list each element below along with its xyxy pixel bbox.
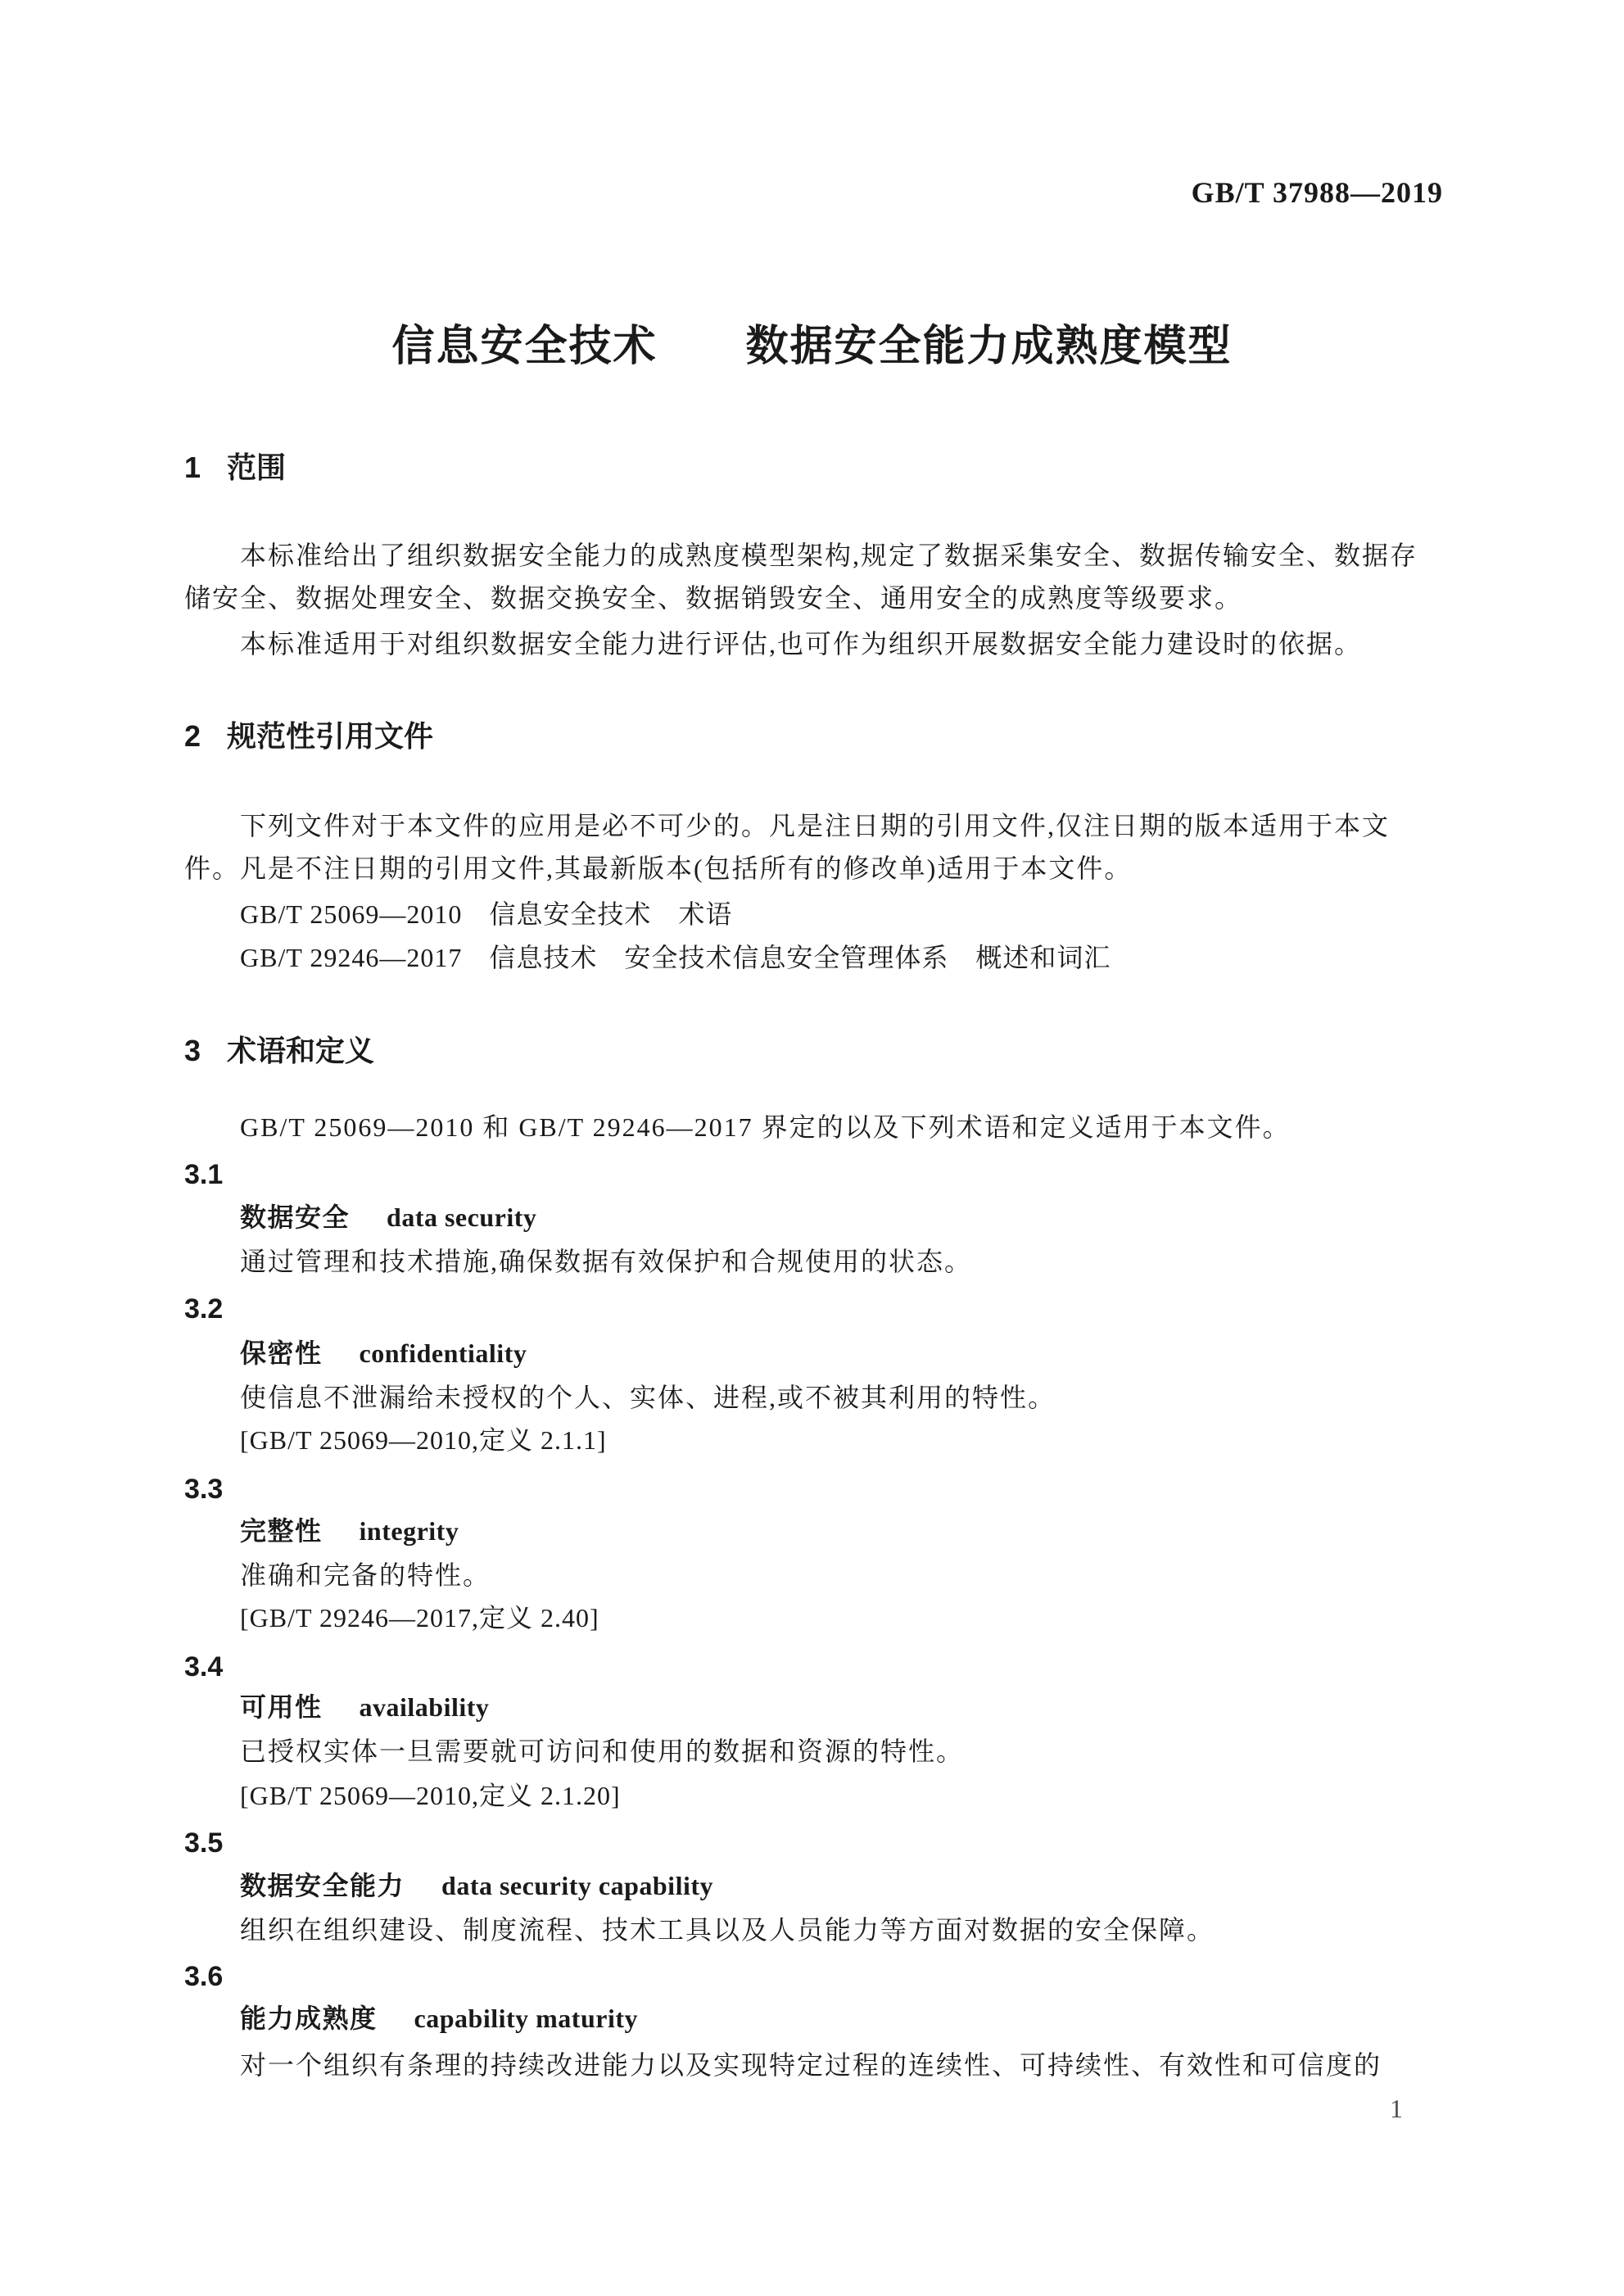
term-en-3-2: confidentiality xyxy=(360,1338,527,1368)
term-source-3-2: [GB/T 25069—2010,定义 2.1.1] xyxy=(240,1425,607,1456)
terms-intro-paragraph: GB/T 25069—2010 和 GB/T 29246—2017 界定的以及下… xyxy=(240,1112,1291,1143)
term-definition-3-2: 使信息不泄漏给未授权的个人、实体、进程,或不被其利用的特性。 xyxy=(240,1383,1056,1413)
term-entry-3-4: 可用性availability xyxy=(240,1694,489,1720)
section-1-title: 范围 xyxy=(227,451,286,484)
document-title: 信息安全技术 数据安全能力成熟度模型 xyxy=(0,311,1624,373)
term-cn-3-3: 完整性 xyxy=(240,1516,323,1546)
section-2-number: 2 xyxy=(184,722,227,751)
document-page: GB/T 37988—2019 信息安全技术 数据安全能力成熟度模型 1范围 本… xyxy=(0,0,1624,2296)
term-cn-3-1: 数据安全 xyxy=(240,1202,350,1232)
term-definition-3-4: 已授权实体一旦需要就可访问和使用的数据和资源的特性。 xyxy=(240,1737,964,1767)
scope-paragraph-2: 本标准适用于对组织数据安全能力进行评估,也可作为组织开展数据安全能力建设时的依据… xyxy=(240,629,1362,659)
standard-number-header: GB/T 37988—2019 xyxy=(1192,175,1443,210)
section-1-number: 1 xyxy=(184,453,227,482)
term-source-3-3: [GB/T 29246—2017,定义 2.40] xyxy=(240,1603,599,1633)
term-entry-3-6: 能力成熟度capability maturity xyxy=(240,2005,638,2031)
term-entry-3-1: 数据安全data security xyxy=(240,1204,536,1230)
section-3-heading: 3术语和定义 xyxy=(184,1036,374,1066)
section-1-heading: 1范围 xyxy=(184,453,286,482)
section-2-title: 规范性引用文件 xyxy=(227,719,433,753)
normative-ref-paragraph-line-2: 件。凡是不注日期的引用文件,其最新版本(包括所有的修改单)适用于本文件。 xyxy=(184,854,1132,884)
normative-ref-paragraph-line-1: 下列文件对于本文件的应用是必不可少的。凡是注日期的引用文件,仅注日期的版本适用于… xyxy=(240,811,1390,841)
clause-number-3-2: 3.2 xyxy=(184,1295,223,1323)
term-entry-3-3: 完整性integrity xyxy=(240,1518,459,1544)
term-cn-3-6: 能力成熟度 xyxy=(240,2004,378,2033)
term-definition-3-3: 准确和完备的特性。 xyxy=(240,1560,491,1591)
scope-paragraph-line-1: 本标准给出了组织数据安全能力的成熟度模型架构,规定了数据采集安全、数据传输安全、… xyxy=(240,541,1418,571)
section-3-title: 术语和定义 xyxy=(227,1034,374,1067)
term-definition-3-6: 对一个组织有条理的持续改进能力以及实现特定过程的连续性、可持续性、有效性和可信度… xyxy=(240,2050,1382,2081)
term-cn-3-5: 数据安全能力 xyxy=(240,1871,405,1900)
term-cn-3-2: 保密性 xyxy=(240,1338,323,1368)
clause-number-3-5: 3.5 xyxy=(184,1829,223,1857)
term-en-3-3: integrity xyxy=(360,1516,459,1546)
term-source-3-4: [GB/T 25069—2010,定义 2.1.20] xyxy=(240,1781,621,1811)
clause-number-3-3: 3.3 xyxy=(184,1475,223,1503)
section-3-number: 3 xyxy=(184,1036,227,1066)
clause-number-3-1: 3.1 xyxy=(184,1161,223,1189)
term-definition-3-5: 组织在组织建设、制度流程、技术工具以及人员能力等方面对数据的安全保障。 xyxy=(240,1915,1215,1945)
clause-number-3-4: 3.4 xyxy=(184,1653,223,1681)
term-en-3-5: data security capability xyxy=(441,1871,713,1900)
term-cn-3-4: 可用性 xyxy=(240,1692,323,1722)
scope-paragraph-line-2: 储安全、数据处理安全、数据交换安全、数据销毁安全、通用安全的成熟度等级要求。 xyxy=(184,583,1242,614)
term-en-3-6: capability maturity xyxy=(414,2004,638,2033)
clause-number-3-6: 3.6 xyxy=(184,1963,223,1990)
page-number: 1 xyxy=(1390,2094,1403,2124)
term-en-3-4: availability xyxy=(360,1692,490,1722)
normative-reference-2: GB/T 29246—2017 信息技术 安全技术信息安全管理体系 概述和词汇 xyxy=(240,943,1111,973)
term-definition-3-1: 通过管理和技术措施,确保数据有效保护和合规使用的状态。 xyxy=(240,1247,972,1277)
term-entry-3-5: 数据安全能力data security capability xyxy=(240,1873,713,1899)
term-en-3-1: data security xyxy=(387,1202,536,1232)
section-2-heading: 2规范性引用文件 xyxy=(184,722,433,751)
term-entry-3-2: 保密性confidentiality xyxy=(240,1340,527,1366)
normative-reference-1: GB/T 25069—2010 信息安全技术 术语 xyxy=(240,899,732,930)
